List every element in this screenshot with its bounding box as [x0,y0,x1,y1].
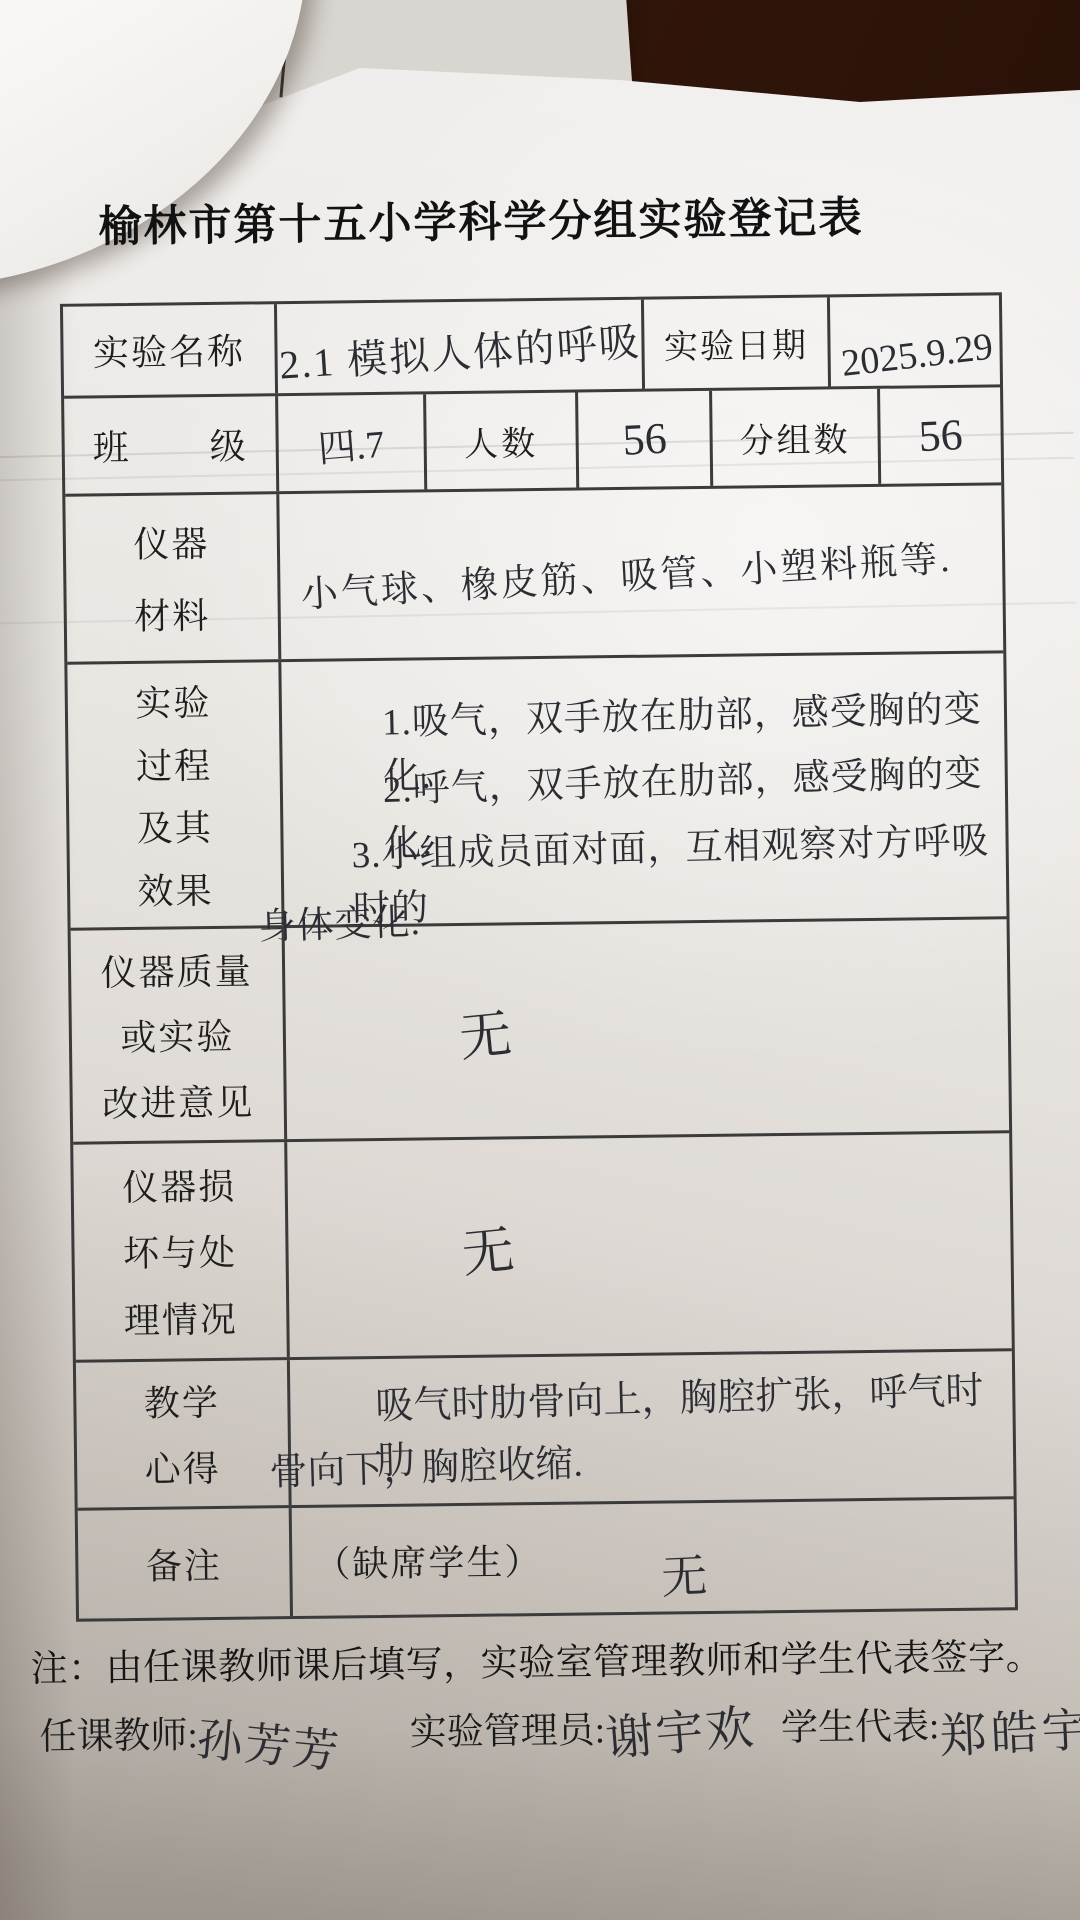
damage-value: 无 [457,1207,516,1287]
materials-value-cell: 小气球、橡皮筋、吸管、小塑料瓶等. [279,485,1003,659]
class-label: 班 级 [64,396,279,494]
groups-value-cell: 56 [880,387,1001,483]
students-label: 人数 [426,392,579,489]
class-label-right: 级 [209,419,248,470]
row-reflection: 教学 心得 吸气时肋骨向上，胸腔扩张，呼气时肋 骨向下，胸腔收缩. [76,1351,1014,1510]
footer-note: 注：由任课教师课后填写，实验室管理教师和学生代表签字。 [30,1625,1080,1692]
form-content: 榆林市第十五小学科学分组实验登记表 实验名称 2.1 模拟人体的呼吸 实验日期 … [0,0,1080,1920]
teacher-signature: 孙芳芳 [194,1703,343,1782]
damage-value-cell: 无 [287,1133,1012,1357]
groups-label: 分组数 [712,389,881,486]
experiment-date-value-cell: 2025.9.29 [830,295,1000,386]
row-process: 实验 过程 及其 效果 1.吸气，双手放在肋部，感受胸的变化. 2.呼气，双手放… [67,653,1006,930]
experiment-date-label: 实验日期 [644,297,831,388]
class-label-left: 班 [92,420,131,471]
experiment-name-label: 实验名称 [63,304,278,396]
damage-label-line: 坏与处 [123,1225,238,1277]
manager-signature: 谢宇欢 [602,1688,757,1769]
row-class-info: 班 级 四.7 人数 56 分组数 56 [64,387,1001,496]
reflection-label: 教学 心得 [76,1360,292,1508]
process-label-line: 过程 [136,738,213,790]
spacer [341,1702,409,1703]
quality-label-line: 改进意见 [102,1074,255,1127]
experiment-name-value: 2.1 模拟人体的呼吸 [277,310,642,390]
photo-of-form: 芳芳 榆林市第十五小学科学分组实验登记表 实验名称 2.1 模拟人体的呼吸 实验… [0,0,1080,1920]
process-label-line: 实验 [135,675,212,727]
registration-table: 实验名称 2.1 模拟人体的呼吸 实验日期 2025.9.29 班 级 四.7 [60,292,1018,1621]
materials-value: 小气球、橡皮筋、吸管、小塑料瓶等. [299,527,953,617]
remarks-prefix: （缺席学生） [292,1534,543,1588]
remarks-value-cell: （缺席学生） 无 [292,1499,1015,1616]
teacher-signature-label: 任课教师: [39,1704,198,1760]
quality-value-cell: 无 [285,919,1010,1139]
reflection-label-line: 教学 [144,1375,221,1427]
class-value: 四.7 [316,413,387,473]
process-label-line: 效果 [137,863,214,915]
process-value-cell: 1.吸气，双手放在肋部，感受胸的变化. 2.呼气，双手放在肋部，感受胸的变化. … [281,653,1006,925]
process-label: 实验 过程 及其 效果 [67,662,284,928]
row-remarks: 备注 （缺席学生） 无 [78,1499,1015,1618]
students-value: 56 [621,413,667,466]
row-materials: 仪器 材料 小气球、橡皮筋、吸管、小塑料瓶等. [65,485,1003,664]
row-quality: 仪器质量 或实验 改进意见 无 [71,919,1010,1144]
quality-label-line: 或实验 [120,1009,235,1061]
row-experiment-name: 实验名称 2.1 模拟人体的呼吸 实验日期 2025.9.29 [63,295,1000,398]
students-value-cell: 56 [578,391,713,488]
quality-label-line: 仪器质量 [100,943,253,996]
materials-label-line: 材料 [134,588,211,640]
reflection-label-line: 心得 [144,1441,221,1493]
materials-label-line: 仪器 [133,516,210,568]
signature-row: 任课教师: 孙芳芳 实验管理员: 谢宇欢 学生代表: 郑皓宇 [39,1693,1080,1775]
remarks-label: 备注 [78,1508,293,1619]
reflection-value-cell: 吸气时肋骨向上，胸腔扩张，呼气时肋 骨向下，胸腔收缩. [290,1351,1014,1505]
quality-label: 仪器质量 或实验 改进意见 [71,928,288,1142]
student-signature-label: 学生代表: [781,1695,940,1751]
row-damage: 仪器损 坏与处 理情况 无 [73,1133,1012,1362]
damage-label-line: 理情况 [124,1291,239,1343]
quality-value: 无 [455,991,514,1071]
student-signature: 郑皓宇 [938,1693,1080,1767]
damage-label-line: 仪器损 [122,1158,237,1210]
class-value-cell: 四.7 [278,394,427,491]
form-title: 榆林市第十五小学科学分组实验登记表 [0,183,971,256]
process-label-line: 及其 [137,800,214,852]
groups-value: 56 [917,409,963,462]
remarks-value: 无 [660,1539,709,1607]
materials-label: 仪器 材料 [65,494,281,662]
manager-signature-label: 实验管理员: [409,1699,605,1755]
damage-label: 仪器损 坏与处 理情况 [73,1142,290,1360]
experiment-name-value-cell: 2.1 模拟人体的呼吸 [277,300,645,393]
experiment-date-value: 2025.9.29 [839,324,995,385]
